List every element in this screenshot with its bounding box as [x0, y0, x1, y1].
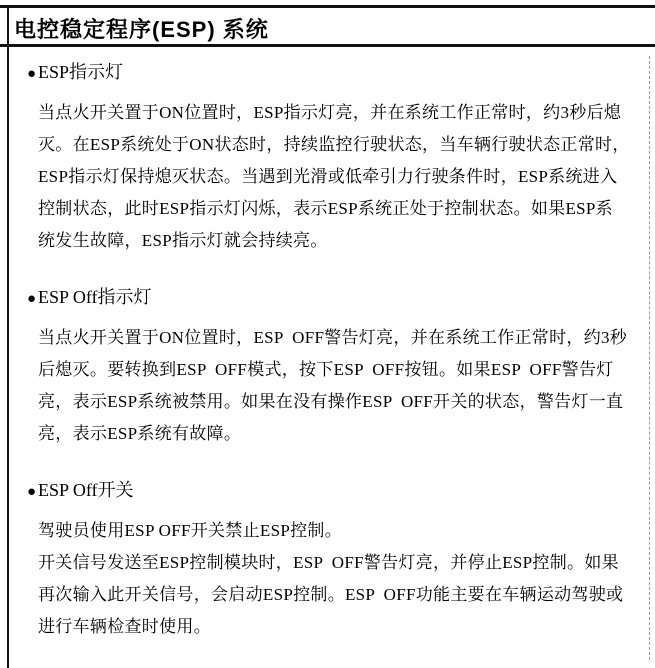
- section-heading: ● ESP Off开关: [27, 479, 643, 503]
- section-body-text: 当点火开关置于ON位置时，ESP OFF警告灯亮，并在系统工作正常时，约3秒 后…: [38, 322, 643, 450]
- section-heading-text: ESP Off开关: [38, 479, 134, 501]
- right-margin-dashed-line: [649, 56, 650, 660]
- page-title: 电控稳定程序(ESP) 系统: [14, 13, 269, 44]
- section-heading-text: ESP Off指示灯: [38, 286, 152, 308]
- top-rule: [0, 5, 655, 8]
- section-heading-text: ESP指示灯: [38, 61, 123, 83]
- section-esp-off-indicator: ● ESP Off指示灯 当点火开关置于ON位置时，ESP OFF警告灯亮，并在…: [27, 286, 643, 450]
- section-esp-indicator: ● ESP指示灯 当点火开关置于ON位置时，ESP指示灯亮，并在系统工作正常时，…: [27, 61, 643, 257]
- manual-page: 电控稳定程序(ESP) 系统 ● ESP指示灯 当点火开关置于ON位置时，ESP…: [0, 0, 655, 668]
- section-esp-off-switch: ● ESP Off开关 驾驶员使用ESP OFF开关禁止ESP控制。 开关信号发…: [27, 479, 643, 643]
- title-underline-rule: [0, 44, 655, 47]
- bullet-icon: ●: [27, 288, 38, 310]
- bullet-icon: ●: [27, 481, 38, 503]
- left-page-border: [7, 5, 9, 668]
- section-body-text: 当点火开关置于ON位置时，ESP指示灯亮，并在系统工作正常时，约3秒后熄 灭。在…: [38, 97, 643, 257]
- bullet-icon: ●: [27, 63, 38, 85]
- section-heading: ● ESP指示灯: [27, 61, 643, 85]
- page-content: ● ESP指示灯 当点火开关置于ON位置时，ESP指示灯亮，并在系统工作正常时，…: [27, 61, 643, 668]
- section-heading: ● ESP Off指示灯: [27, 286, 643, 310]
- section-body-text: 驾驶员使用ESP OFF开关禁止ESP控制。 开关信号发送至ESP控制模块时，E…: [38, 515, 643, 643]
